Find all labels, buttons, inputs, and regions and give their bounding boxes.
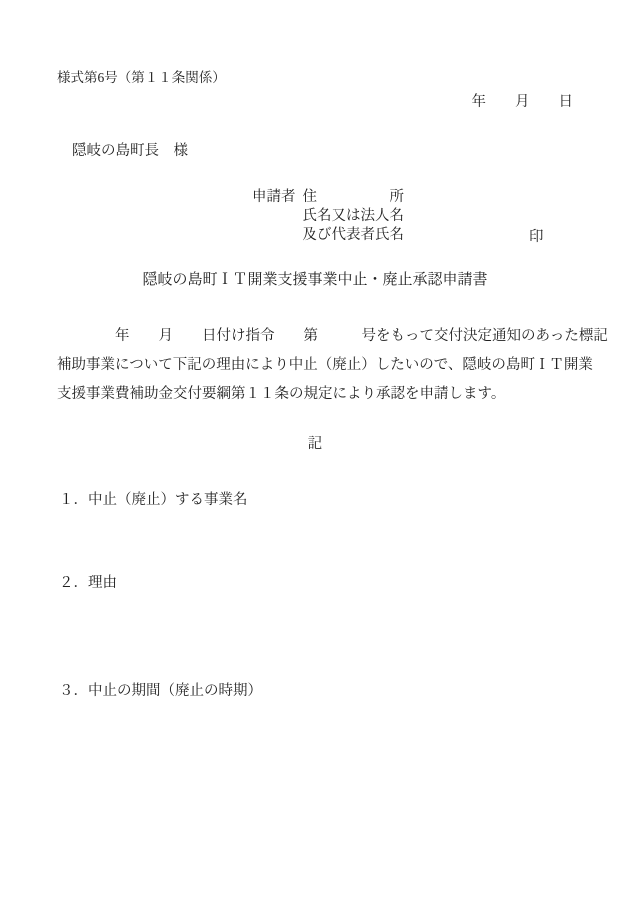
body-line-2: 補助事業について下記の理由により中止（廃止）したいので、隠岐の島町ＩＴ開業 xyxy=(57,351,617,380)
body-line-3: 支援事業費補助金交付要綱第１１条の規定により承認を申請します。 xyxy=(57,380,617,409)
item-1-business-name: １．中止（廃止）する事業名 xyxy=(59,488,248,509)
seal-mark: 印 xyxy=(529,225,544,246)
applicant-name-line-1: 氏名又は法人名 xyxy=(303,207,405,226)
document-title: 隠岐の島町ＩＴ開業支援事業中止・廃止承認申請書 xyxy=(0,268,630,289)
item-3-suspension-period: ３．中止の期間（廃止の時期） xyxy=(59,679,262,700)
item-2-reason: ２．理由 xyxy=(59,571,117,592)
record-marker: 記 xyxy=(0,432,630,453)
applicant-address-line: 住 所 xyxy=(303,188,405,207)
applicant-block: 申請者 住 所 氏名又は法人名 及び代表者氏名 xyxy=(252,188,404,244)
applicant-lines: 住 所 氏名又は法人名 及び代表者氏名 xyxy=(303,188,405,244)
body-line-1: 年 月 日付け指令 第 号をもって交付決定通知のあった標記 xyxy=(57,322,617,351)
date-line: 年 月 日 xyxy=(472,90,574,111)
addressee: 隠岐の島町長 様 xyxy=(72,139,188,160)
form-number: 様式第6号（第１１条関係） xyxy=(57,66,226,86)
applicant-label: 申請者 xyxy=(252,188,296,207)
applicant-name-line-2: 及び代表者氏名 xyxy=(303,226,405,245)
body-paragraph: 年 月 日付け指令 第 号をもって交付決定通知のあった標記 補助事業について下記… xyxy=(57,322,617,409)
document-page: 様式第6号（第１１条関係） 年 月 日 隠岐の島町長 様 申請者 住 所 氏名又… xyxy=(0,0,630,915)
